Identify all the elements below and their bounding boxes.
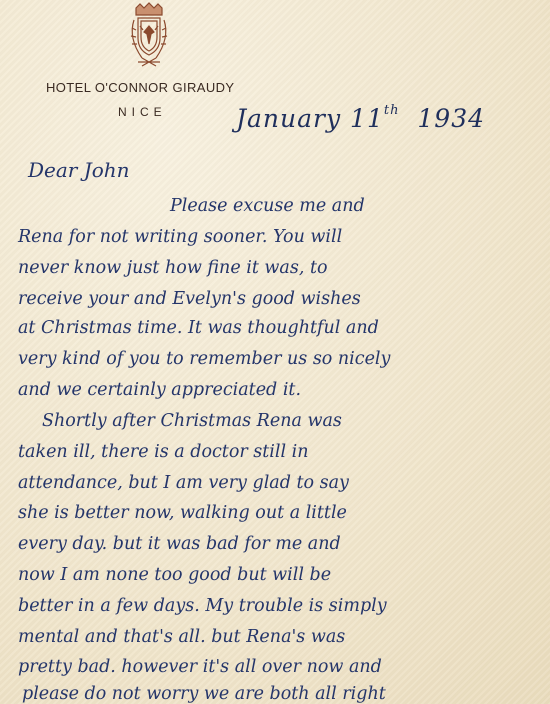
letter-line: at Christmas time. It was thoughtful and <box>18 318 379 338</box>
letter-line: Shortly after Christmas Rena was <box>42 411 342 431</box>
letter-line: very kind of you to remember us so nicel… <box>18 349 390 369</box>
coat-of-arms-icon <box>120 2 178 74</box>
letter-line: receive your and Evelyn's good wishes <box>18 289 361 309</box>
hotel-city: NICE <box>118 105 167 119</box>
letter-line: never know just how fine it was, to <box>18 258 328 278</box>
salutation: Dear John <box>28 158 130 182</box>
letter-line: Rena for not writing sooner. You will <box>18 227 342 247</box>
letter-line: she is better now, walking out a little <box>18 503 347 523</box>
letter-line: please do not worry we are both all righ… <box>22 684 386 704</box>
date-suffix: th <box>384 103 400 118</box>
letter-line: attendance, but I am very glad to say <box>18 473 349 493</box>
letter-line: mental and that's all. but Rena's was <box>18 627 345 647</box>
letter-line: now I am none too good but will be <box>18 565 331 585</box>
letter-line: and we certainly appreciated it. <box>18 380 301 400</box>
letter-line: better in a few days. My trouble is simp… <box>18 596 387 616</box>
hotel-name: HOTEL O'CONNOR GIRAUDY <box>46 80 234 95</box>
date-year: 1934 <box>417 104 485 133</box>
letter-line: Please excuse me and <box>170 196 365 216</box>
letter-line: taken ill, there is a doctor still in <box>18 442 309 462</box>
letter-line: every day. but it was bad for me and <box>18 534 341 554</box>
date-month-day: January 11 <box>236 104 384 133</box>
letter-date: January 11th 1934 <box>236 104 485 133</box>
letter-line: pretty bad. however it's all over now an… <box>18 657 382 677</box>
